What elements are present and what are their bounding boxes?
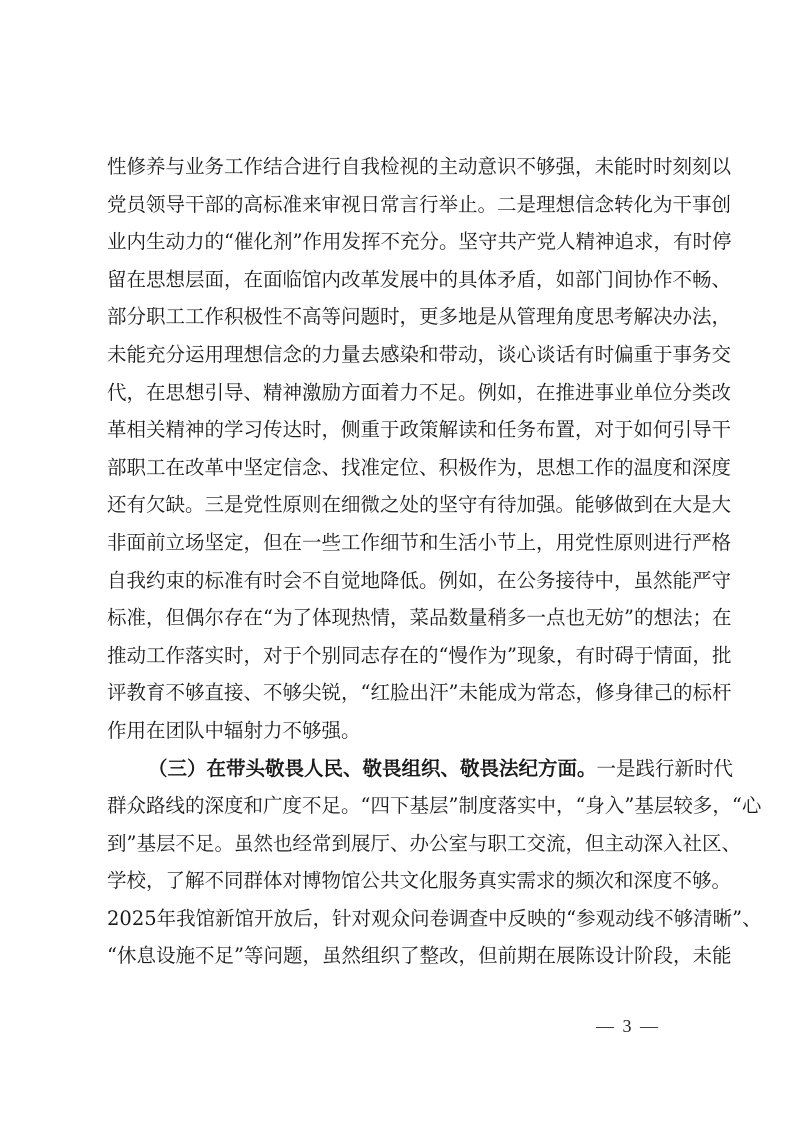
text-line: 标准，但偶尔存在“为了体现热情，菜品数量稍多一点也无妨”的想法；在 [107,599,693,637]
text-line: 到”基层不足。虽然也经常到展厅、办公室与职工交流，但主动深入社区、 [107,825,693,863]
text-line: 部职工在改革中坚定信念、找准定位、积极作为，思想工作的温度和深度 [107,449,693,487]
paragraph: 性修养与业务工作结合进行自我检视的主动意识不够强，未能时时刻刻以 党员领导干部的… [107,148,693,750]
text-line: 评教育不够直接、不够尖锐，“红脸出汗”未能成为常态，修身律己的标杆 [107,674,693,712]
section-heading: （三）在带头敬畏人民、敬畏组织、敬畏法纪方面。 [148,757,597,780]
text-line: 推动工作落实时，对于个别同志存在的“慢作为”现象，有时碍于情面，批 [107,637,693,675]
text-line: 部分职工工作积极性不高等问题时，更多地是从管理角度思考解决办法， [107,298,693,336]
text-line: 2025年我馆新馆开放后，针对观众问卷调查中反映的“参观动线不够清晰”、 [107,900,693,938]
text-line: 群众路线的深度和广度不足。“四下基层”制度落实中，“身入”基层较多，“心 [107,787,693,825]
document-page: 性修养与业务工作结合进行自我检视的主动意识不够强，未能时时刻刻以 党员领导干部的… [0,0,793,1122]
document-body: 性修养与业务工作结合进行自我检视的主动意识不够强，未能时时刻刻以 党员领导干部的… [107,148,693,975]
text-line: 性修养与业务工作结合进行自我检视的主动意识不够强，未能时时刻刻以 [107,148,693,186]
text-line: 作用在团队中辐射力不够强。 [107,712,693,750]
text-line: “休息设施不足”等问题，虽然组织了整改，但前期在展陈设计阶段，未能 [107,937,693,975]
text-line: 还有欠缺。三是党性原则在细微之处的坚守有待加强。能够做到在大是大 [107,486,693,524]
text-line: 代，在思想引导、精神激励方面着力不足。例如，在推进事业单位分类改 [107,374,693,412]
paragraph: （三）在带头敬畏人民、敬畏组织、敬畏法纪方面。一是践行新时代 群众路线的深度和广… [107,750,693,976]
text-line: 未能充分运用理想信念的力量去感染和带动，谈心谈话有时偏重于事务交 [107,336,693,374]
text-line: 留在思想层面，在面临馆内改革发展中的具体矛盾，如部门间协作不畅、 [107,261,693,299]
text-line: 自我约束的标准有时会不自觉地降低。例如，在公务接待中，虽然能严守 [107,562,693,600]
text-line: 学校，了解不同群体对博物馆公共文化服务真实需求的频次和深度不够。 [107,862,693,900]
text-line: （三）在带头敬畏人民、敬畏组织、敬畏法纪方面。一是践行新时代 [107,750,693,788]
text-line: 非面前立场坚定，但在一些工作细节和生活小节上，用党性原则进行严格 [107,524,693,562]
text-line: 革相关精神的学习传达时，侧重于政策解读和任务布置，对于如何引导干 [107,411,693,449]
text-line: 业内生动力的“催化剂”作用发挥不充分。坚守共产党人精神追求，有时停 [107,223,693,261]
text-line: 党员领导干部的高标准来审视日常言行举止。二是理想信念转化为干事创 [107,186,693,224]
text-run: 一是践行新时代 [597,757,734,780]
page-number: — 3 — [596,1016,660,1037]
